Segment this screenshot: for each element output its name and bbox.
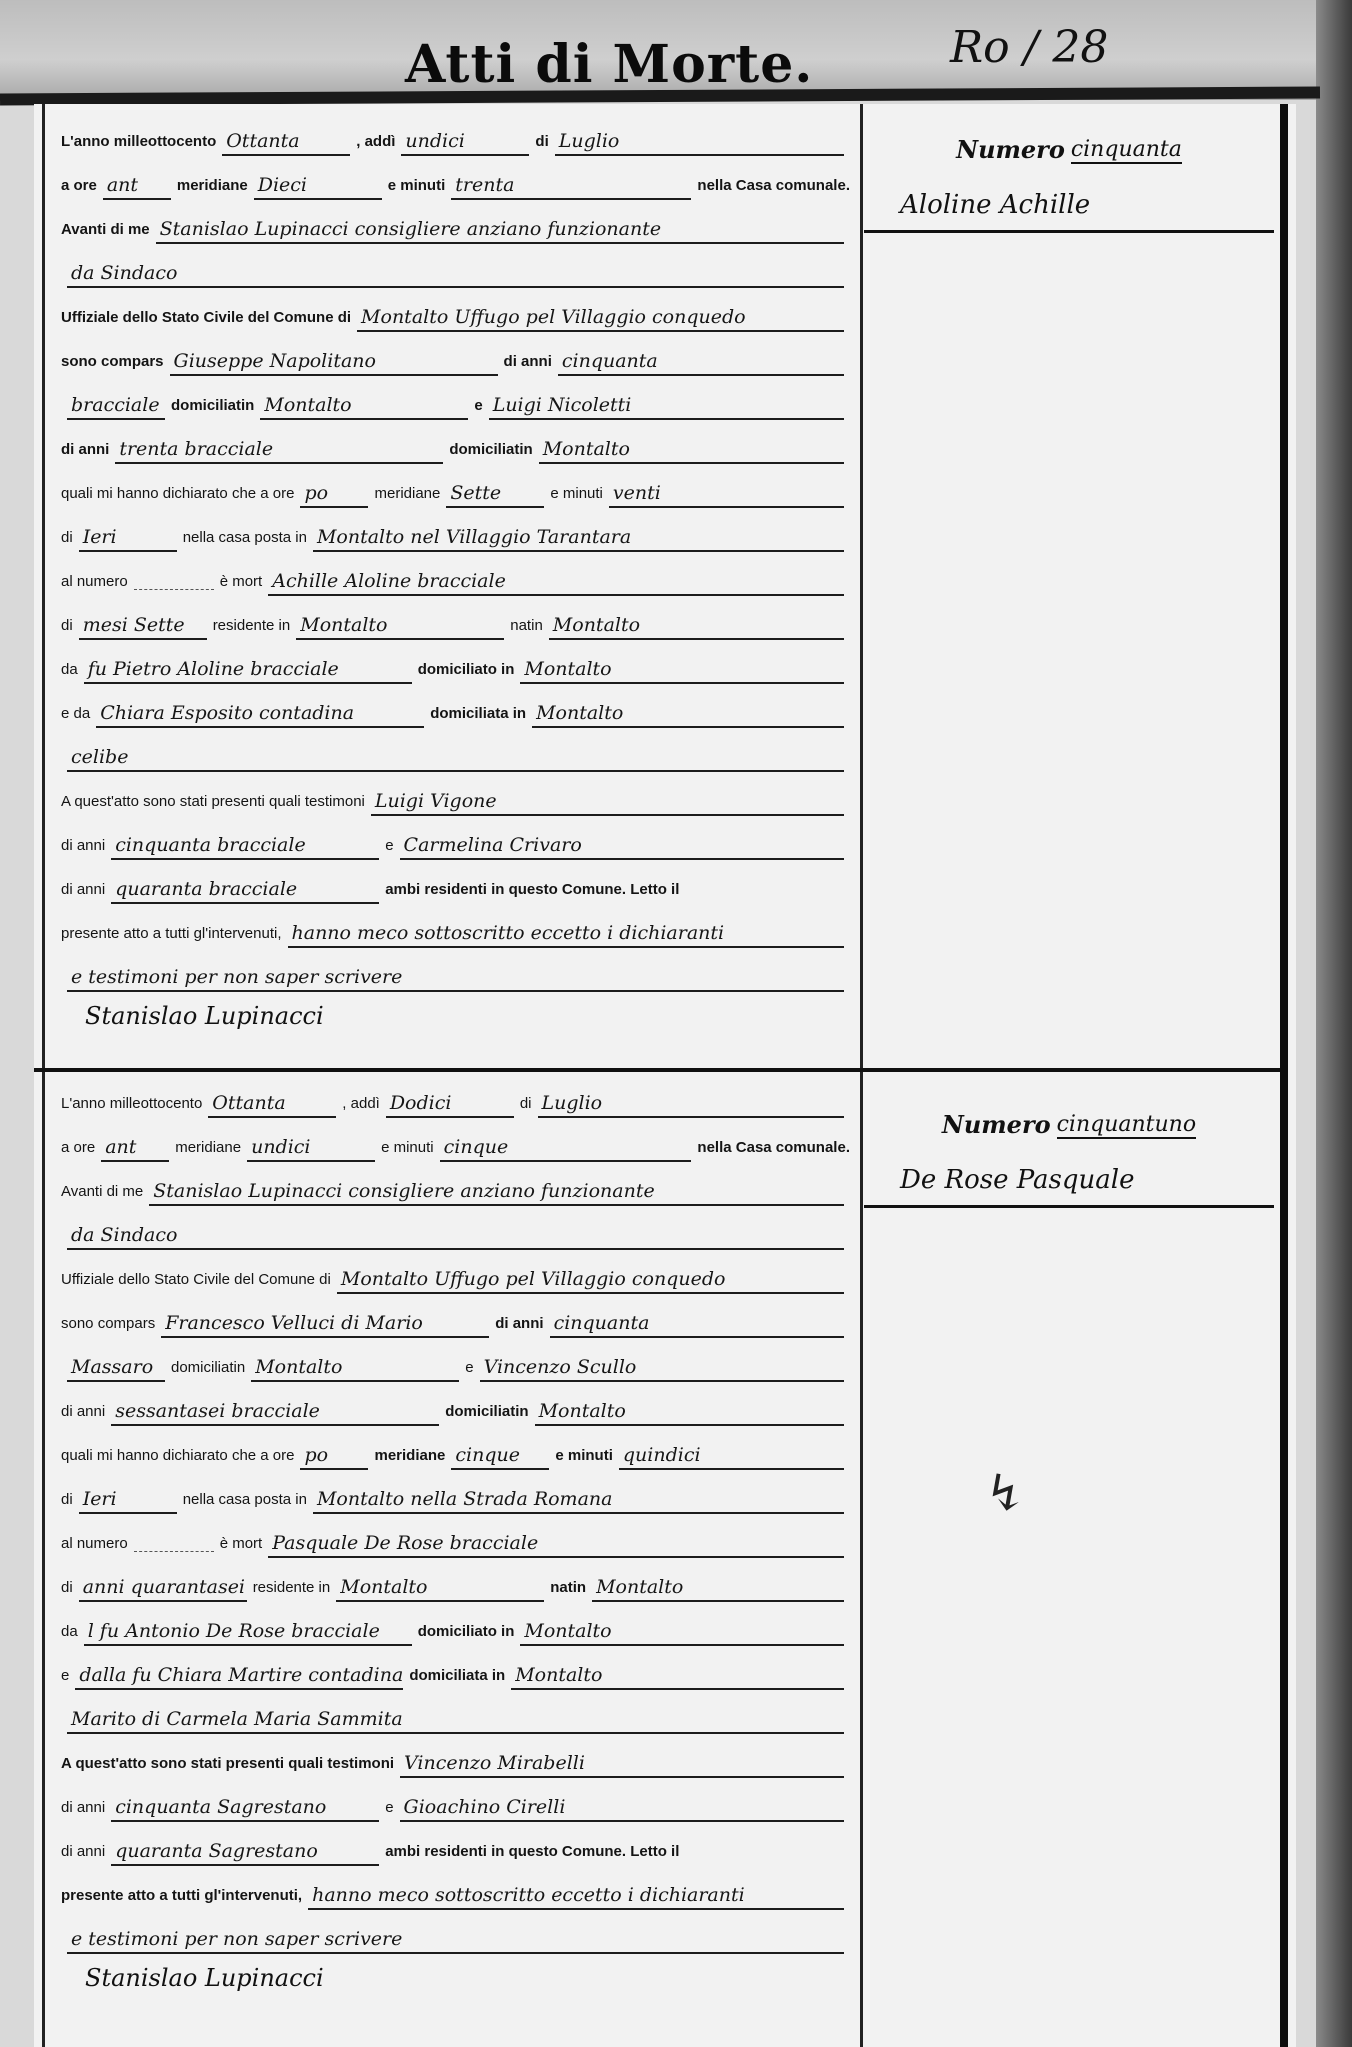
label-compars: sono compars xyxy=(61,1315,155,1338)
label-meridiane: meridiane xyxy=(175,1139,241,1162)
label-domicil: domiciliat xyxy=(171,1359,234,1382)
line-time: a ore ant meridiane Dieci e minuti trent… xyxy=(45,156,860,200)
label-meridiane: meridiane xyxy=(177,177,248,200)
value-dich-ore: po xyxy=(300,482,368,508)
margin-column: Numero cinquanta Aloline Achille Numero … xyxy=(864,104,1296,2047)
value-domicil-2: Montalto xyxy=(535,1400,844,1426)
value-nato: Montalto xyxy=(592,1576,844,1602)
line-presente: presente atto a tutti gl'intervenuti, ha… xyxy=(45,1866,860,1910)
label-e: e xyxy=(465,1359,473,1382)
line-domicil-1: bracciale domiciliat in Montalto e Luigi… xyxy=(45,376,860,420)
margin-name: De Rose Pasquale xyxy=(864,1165,1274,1208)
line-compars: sono compars Giuseppe Napolitano di anni… xyxy=(45,332,860,376)
margin-name: Aloline Achille xyxy=(864,190,1274,233)
label-nat: nat xyxy=(510,617,531,640)
label-casa-posta: nella casa posta in xyxy=(183,529,307,552)
register-page: L'anno milleottocento Ottanta , addì und… xyxy=(34,104,1296,2047)
line-ufficiale: Uffiziale dello Stato Civile del Comune … xyxy=(45,288,860,332)
value-casa-posta: Montalto nella Strada Romana xyxy=(313,1488,844,1514)
value-avanti-cont: da Sindaco xyxy=(67,1224,844,1250)
label-anni: di anni xyxy=(61,837,105,860)
value-addi: undici xyxy=(401,130,529,156)
line-avanti: Avanti di me Stanislao Lupinacci consigl… xyxy=(45,200,860,244)
label-casa-posta: nella casa posta in xyxy=(183,1491,307,1514)
label-padre: da xyxy=(61,1623,78,1646)
value-domicil-2: Montalto xyxy=(539,438,844,464)
label-minuti: e minuti xyxy=(555,1447,613,1470)
label-dichiarato: quali mi hanno dichiarato che a ore xyxy=(61,485,294,508)
label-anni: di anni xyxy=(61,881,105,904)
scan-border-right xyxy=(1316,0,1352,2047)
line-presente: presente atto a tutti gl'intervenuti, ha… xyxy=(45,904,860,948)
label-anni: di anni xyxy=(504,353,552,376)
value-eta: mesi Sette xyxy=(79,614,207,640)
numero-row: Numero cinquantuno xyxy=(864,1099,1274,1139)
value-meridiane: Dieci xyxy=(254,174,382,200)
value-padre: l fu Antonio De Rose bracciale xyxy=(84,1620,412,1646)
blank-numero xyxy=(134,589,214,590)
label-minuti: e minuti xyxy=(388,177,446,200)
label-ambi: ambi residenti in questo Comune. Letto i… xyxy=(385,1843,679,1866)
label-ore: a ore xyxy=(61,1139,95,1162)
value-eta: anni quarantasei xyxy=(79,1576,247,1602)
label-numero: Numero xyxy=(956,135,1065,164)
label-in: in xyxy=(573,1579,586,1602)
label-presente: presente atto a tutti gl'intervenuti, xyxy=(61,1887,302,1910)
value-minuti: trenta xyxy=(451,174,691,200)
line-madre: e dalla fu Chiara Martire contadina domi… xyxy=(45,1646,860,1690)
label-meridiane: meridiane xyxy=(374,1447,445,1470)
line-extra: celibe xyxy=(45,728,860,772)
label-in: in xyxy=(241,397,254,420)
label-e: e xyxy=(385,1799,393,1822)
line-time: a ore ant meridiane undici e minuti cinq… xyxy=(45,1118,860,1162)
value-teste-2: Carmelina Crivaro xyxy=(400,834,844,860)
value-comune: Montalto Uffugo pel Villaggio conquedo xyxy=(337,1268,844,1294)
ink-flourish-icon: ↯ xyxy=(984,1464,1026,1522)
label-avanti: Avanti di me xyxy=(61,221,150,244)
register-title: Atti di Morte. xyxy=(405,34,813,95)
officer-signature: Stanislao Lupinacci xyxy=(85,1964,324,1992)
value-mese: Luglio xyxy=(538,1092,844,1118)
value-padre-domicilio: Montalto xyxy=(520,1620,844,1646)
value-dich-ore: po xyxy=(300,1444,368,1470)
value-ore: ant xyxy=(103,174,171,200)
margin-entry-2: Numero cinquantuno De Rose Pasquale xyxy=(864,1099,1274,1208)
value-teste-1-eta: cinquanta bracciale xyxy=(111,834,379,860)
label-domicil: domiciliat xyxy=(449,441,519,464)
value-presente-cont: e testimoni per non saper scrivere xyxy=(67,966,844,992)
value-residente: Montalto xyxy=(336,1576,544,1602)
line-ufficiale: Uffiziale dello Stato Civile del Comune … xyxy=(45,1250,860,1294)
label-in: in xyxy=(531,617,543,640)
line-teste-2: di anni cinquanta Sagrestano e Gioachino… xyxy=(45,1778,860,1822)
value-teste-2-eta: quaranta bracciale xyxy=(111,878,379,904)
label-anni: di anni xyxy=(495,1315,543,1338)
label-ambi: ambi residenti in questo Comune. Letto i… xyxy=(385,881,679,904)
line-avanti-cont: da Sindaco xyxy=(45,244,860,288)
value-padre: fu Pietro Aloline bracciale xyxy=(84,658,412,684)
label-residente: residente in xyxy=(253,1579,331,1602)
value-dichiarante-1: Giuseppe Napolitano xyxy=(170,350,498,376)
line-casa-posta: di Ieri nella casa posta in Montalto nel… xyxy=(45,1470,860,1514)
value-presente-cont: e testimoni per non saper scrivere xyxy=(67,1928,844,1954)
margin-rule xyxy=(1280,104,1288,2047)
label-domicil: domiciliat xyxy=(445,1403,515,1426)
label-madre: e xyxy=(61,1667,69,1690)
page-reference: Ro / 28 xyxy=(950,22,1108,73)
label-testimoni: A quest'atto sono stati presenti quali t… xyxy=(61,793,365,816)
label-domicil: domiciliat xyxy=(171,397,241,420)
value-ieri: Ieri xyxy=(79,526,177,552)
line-testimoni: A quest'atto sono stati presenti quali t… xyxy=(45,772,860,816)
label-anni: di anni xyxy=(61,1403,105,1426)
value-defunto: Achille Aloline bracciale xyxy=(268,570,844,596)
label-addi: , addì xyxy=(356,133,395,156)
value-domicil-1: Montalto xyxy=(251,1356,459,1382)
value-dich-meridiane: Sette xyxy=(446,482,544,508)
line-domicil-2: di anni sessantasei bracciale domiciliat… xyxy=(45,1382,860,1426)
value-mese: Luglio xyxy=(555,130,844,156)
value-avanti: Stanislao Lupinacci consigliere anziano … xyxy=(149,1180,844,1206)
label-e: e xyxy=(385,837,393,860)
label-presente: presente atto a tutti gl'intervenuti, xyxy=(61,925,282,948)
value-anno: Ottanta xyxy=(208,1092,336,1118)
label-domiciliata: domiciliata in xyxy=(430,705,526,728)
line-ambi: di anni quaranta bracciale ambi resident… xyxy=(45,860,860,904)
numero-row: Numero cinquanta xyxy=(864,124,1274,164)
label-anni: di anni xyxy=(61,1843,105,1866)
value-padre-domicilio: Montalto xyxy=(520,658,844,684)
value-madre: Chiara Esposito contadina xyxy=(96,702,424,728)
line-padre: da l fu Antonio De Rose bracciale domici… xyxy=(45,1602,860,1646)
label-di: di xyxy=(535,133,548,156)
label-meridiane: meridiane xyxy=(374,485,440,508)
label-domiciliata: domiciliata in xyxy=(409,1667,505,1690)
value-numero: cinquantuno xyxy=(1057,1112,1197,1139)
value-teste-2-eta: quaranta Sagrestano xyxy=(111,1840,379,1866)
label-mort: è mort xyxy=(220,1535,263,1558)
label-anno: L'anno milleottocento xyxy=(61,133,216,156)
value-avanti-cont: da Sindaco xyxy=(67,262,844,288)
death-record-2: L'anno milleottocento Ottanta , addì Dod… xyxy=(45,1074,860,2014)
line-eta-residenza: di mesi Sette residente in Montalto nat … xyxy=(45,596,860,640)
value-anni-2: sessantasei bracciale xyxy=(111,1400,439,1426)
line-casa-posta: di Ieri nella casa posta in Montalto nel… xyxy=(45,508,860,552)
value-defunto: Pasquale De Rose bracciale xyxy=(268,1532,844,1558)
label-numero: al numero xyxy=(61,573,128,596)
value-ore: ant xyxy=(101,1136,169,1162)
value-residente: Montalto xyxy=(296,614,504,640)
signature-block: Stanislao Lupinacci xyxy=(45,1954,860,2014)
death-record-1: L'anno milleottocento Ottanta , addì und… xyxy=(45,112,860,1052)
label-mort: è mort xyxy=(220,573,263,596)
line-extra: Marito di Carmela Maria Sammita xyxy=(45,1690,860,1734)
value-teste-1: Luigi Vigone xyxy=(371,790,844,816)
label-residente: residente in xyxy=(213,617,291,640)
value-dichiarante-2: Luigi Nicoletti xyxy=(489,394,844,420)
label-e: e xyxy=(474,397,482,420)
label-testimoni: A quest'atto sono stati presenti quali t… xyxy=(61,1755,394,1778)
value-numero: cinquanta xyxy=(1071,137,1182,164)
value-dichiarante-1: Francesco Velluci di Mario xyxy=(161,1312,489,1338)
value-anno: Ottanta xyxy=(222,130,350,156)
value-casa-posta: Montalto nel Villaggio Tarantara xyxy=(313,526,844,552)
label-di: di xyxy=(61,529,73,552)
label-eta: di xyxy=(61,1579,73,1602)
label-casa-comunale: nella Casa comunale. xyxy=(697,177,850,200)
label-avanti: Avanti di me xyxy=(61,1183,143,1206)
label-padre: da xyxy=(61,661,78,684)
officer-signature: Stanislao Lupinacci xyxy=(85,1002,324,1030)
value-dich-minuti: quindici xyxy=(619,1444,844,1470)
line-dichiarato: quali mi hanno dichiarato che a ore po m… xyxy=(45,1426,860,1470)
line-teste-2: di anni cinquanta bracciale e Carmelina … xyxy=(45,816,860,860)
line-domicil-1: Massaro domiciliat in Montalto e Vincenz… xyxy=(45,1338,860,1382)
value-madre: dalla fu Chiara Martire contadina xyxy=(75,1664,403,1690)
value-domicil-1: Montalto xyxy=(260,394,468,420)
label-addi: , addì xyxy=(342,1095,380,1118)
line-presente-cont: e testimoni per non saper scrivere xyxy=(45,1910,860,1954)
line-defunto: al numero è mort Pasquale De Rose bracci… xyxy=(45,1514,860,1558)
label-in: in xyxy=(515,1403,528,1426)
line-madre: e da Chiara Esposito contadina domicilia… xyxy=(45,684,860,728)
label-di: di xyxy=(61,1491,73,1514)
label-dichiarato: quali mi hanno dichiarato che a ore xyxy=(61,1447,294,1470)
value-stato-civile: celibe xyxy=(67,746,844,772)
label-casa-comunale: nella Casa comunale. xyxy=(697,1139,850,1162)
line-eta-residenza: di anni quarantasei residente in Montalt… xyxy=(45,1558,860,1602)
label-minuti: e minuti xyxy=(381,1139,434,1162)
margin-entry-1: Numero cinquanta Aloline Achille xyxy=(864,124,1274,233)
value-teste-1-eta: cinquanta Sagrestano xyxy=(111,1796,379,1822)
value-minuti: cinque xyxy=(440,1136,692,1162)
line-presente-cont: e testimoni per non saper scrivere xyxy=(45,948,860,992)
blank-numero xyxy=(134,1551,214,1552)
label-ufficiale: Uffiziale dello Stato Civile del Comune … xyxy=(61,309,351,332)
value-dichiarante-2: Vincenzo Scullo xyxy=(480,1356,844,1382)
label-domiciliato: domiciliato in xyxy=(418,661,515,684)
label-madre: e da xyxy=(61,705,90,728)
value-teste-2: Gioachino Cirelli xyxy=(400,1796,844,1822)
records-column: L'anno milleottocento Ottanta , addì und… xyxy=(42,104,863,2047)
value-nato: Montalto xyxy=(549,614,844,640)
label-minuti: e minuti xyxy=(550,485,603,508)
value-meridiane: undici xyxy=(247,1136,375,1162)
label-anni: di anni xyxy=(61,441,109,464)
line-avanti: Avanti di me Stanislao Lupinacci consigl… xyxy=(45,1162,860,1206)
value-madre-domicilio: Montalto xyxy=(532,702,844,728)
value-dich-meridiane: cinque xyxy=(451,1444,549,1470)
line-padre: da fu Pietro Aloline bracciale domicilia… xyxy=(45,640,860,684)
value-professione-1: bracciale xyxy=(67,394,165,420)
value-anni-1: cinquanta xyxy=(550,1312,844,1338)
label-numero: al numero xyxy=(61,1535,128,1558)
label-nat: nat xyxy=(550,1579,573,1602)
label-anni: di anni xyxy=(61,1799,105,1822)
label-in: in xyxy=(519,441,532,464)
signature-block: Stanislao Lupinacci xyxy=(45,992,860,1052)
line-date: L'anno milleottocento Ottanta , addì und… xyxy=(45,112,860,156)
label-anno: L'anno milleottocento xyxy=(61,1095,202,1118)
value-teste-1: Vincenzo Mirabelli xyxy=(400,1752,844,1778)
label-domiciliato: domiciliato in xyxy=(418,1623,515,1646)
line-avanti-cont: da Sindaco xyxy=(45,1206,860,1250)
value-anni-1: cinquanta xyxy=(558,350,844,376)
value-ieri: Ieri xyxy=(79,1488,177,1514)
value-addi: Dodici xyxy=(386,1092,514,1118)
line-date: L'anno milleottocento Ottanta , addì Dod… xyxy=(45,1074,860,1118)
line-dichiarato: quali mi hanno dichiarato che a ore po m… xyxy=(45,464,860,508)
line-defunto: al numero è mort Achille Aloline braccia… xyxy=(45,552,860,596)
line-compars: sono compars Francesco Velluci di Mario … xyxy=(45,1294,860,1338)
value-dich-minuti: venti xyxy=(609,482,844,508)
label-eta: di xyxy=(61,617,73,640)
line-ambi: di anni quaranta Sagrestano ambi residen… xyxy=(45,1822,860,1866)
line-domicil-2: di anni trenta bracciale domiciliat in M… xyxy=(45,420,860,464)
label-ore: a ore xyxy=(61,177,97,200)
value-presente: hanno meco sottoscritto eccetto i dichia… xyxy=(288,922,845,948)
line-testimoni: A quest'atto sono stati presenti quali t… xyxy=(45,1734,860,1778)
label-compars: sono compars xyxy=(61,353,164,376)
label-in: in xyxy=(234,1359,246,1382)
value-avanti: Stanislao Lupinacci consigliere anziano … xyxy=(156,218,844,244)
value-professione-1: Massaro xyxy=(67,1356,165,1382)
value-presente: hanno meco sottoscritto eccetto i dichia… xyxy=(308,1884,844,1910)
label-numero: Numero xyxy=(942,1110,1051,1139)
label-ufficiale: Uffiziale dello Stato Civile del Comune … xyxy=(61,1271,331,1294)
value-madre-domicilio: Montalto xyxy=(511,1664,844,1690)
value-anni-2: trenta bracciale xyxy=(115,438,443,464)
label-di: di xyxy=(520,1095,532,1118)
value-stato-civile: Marito di Carmela Maria Sammita xyxy=(67,1708,844,1734)
value-comune: Montalto Uffugo pel Villaggio conquedo xyxy=(357,306,844,332)
